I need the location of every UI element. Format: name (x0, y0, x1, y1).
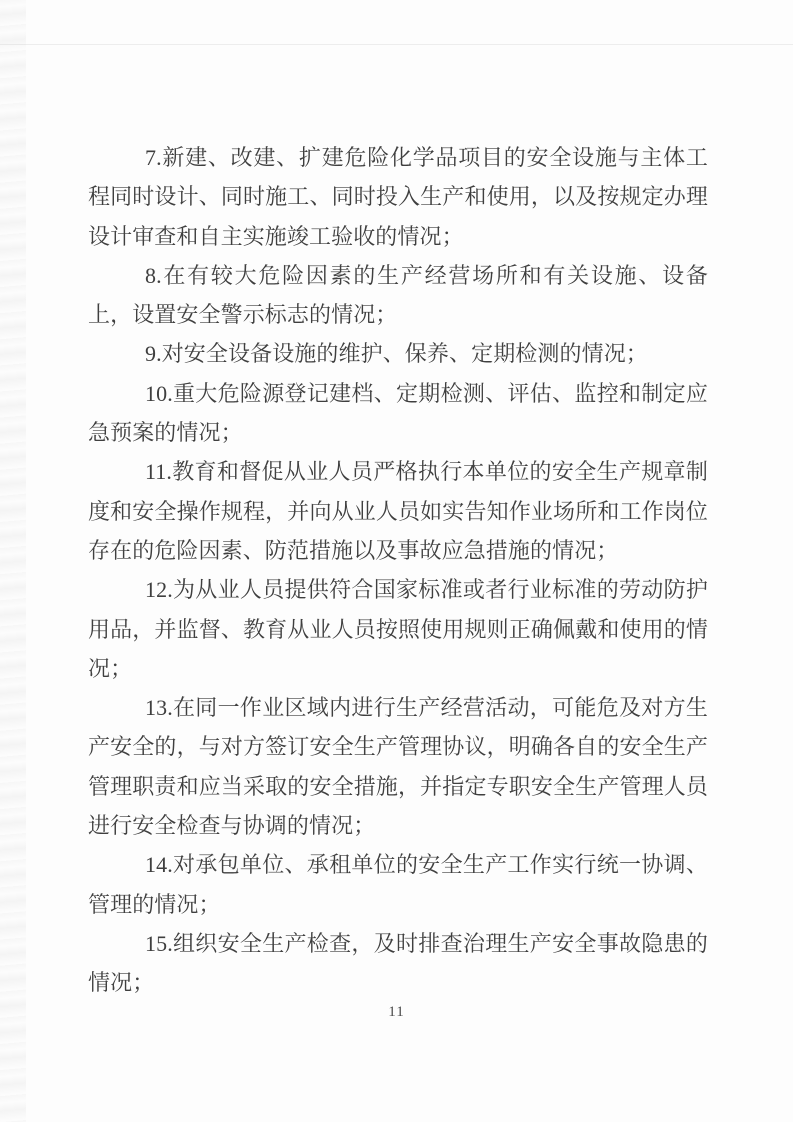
paragraph-item-12: 12.为从业人员提供符合国家标准或者行业标准的劳动防护用品，并监督、教育从业人员… (88, 570, 708, 688)
paragraph-item-9: 9.对安全设备设施的维护、保养、定期检测的情况； (88, 334, 708, 373)
page-number: 11 (0, 1004, 793, 1021)
scan-artifact-left-edge (0, 0, 26, 1122)
paragraph-item-14: 14.对承包单位、承租单位的安全生产工作实行统一协调、管理的情况； (88, 845, 708, 924)
paragraph-item-15: 15.组织安全生产检查，及时排查治理生产安全事故隐患的情况； (88, 924, 708, 1003)
paragraph-item-10: 10.重大危险源登记建档、定期检测、评估、监控和制定应急预案的情况； (88, 374, 708, 453)
paragraph-item-8: 8.在有较大危险因素的生产经营场所和有关设施、设备上，设置安全警示标志的情况； (88, 256, 708, 335)
paragraph-item-7: 7.新建、改建、扩建危险化学品项目的安全设施与主体工程同时设计、同时施工、同时投… (88, 138, 708, 256)
paragraph-item-13: 13.在同一作业区域内进行生产经营活动，可能危及对方生产安全的，与对方签订安全生… (88, 688, 708, 845)
scan-artifact-horizontal-line (0, 44, 793, 45)
document-body-text: 7.新建、改建、扩建危险化学品项目的安全设施与主体工程同时设计、同时施工、同时投… (88, 138, 708, 1003)
paragraph-item-11: 11.教育和督促从业人员严格执行本单位的安全生产规章制度和安全操作规程，并向从业… (88, 452, 708, 570)
